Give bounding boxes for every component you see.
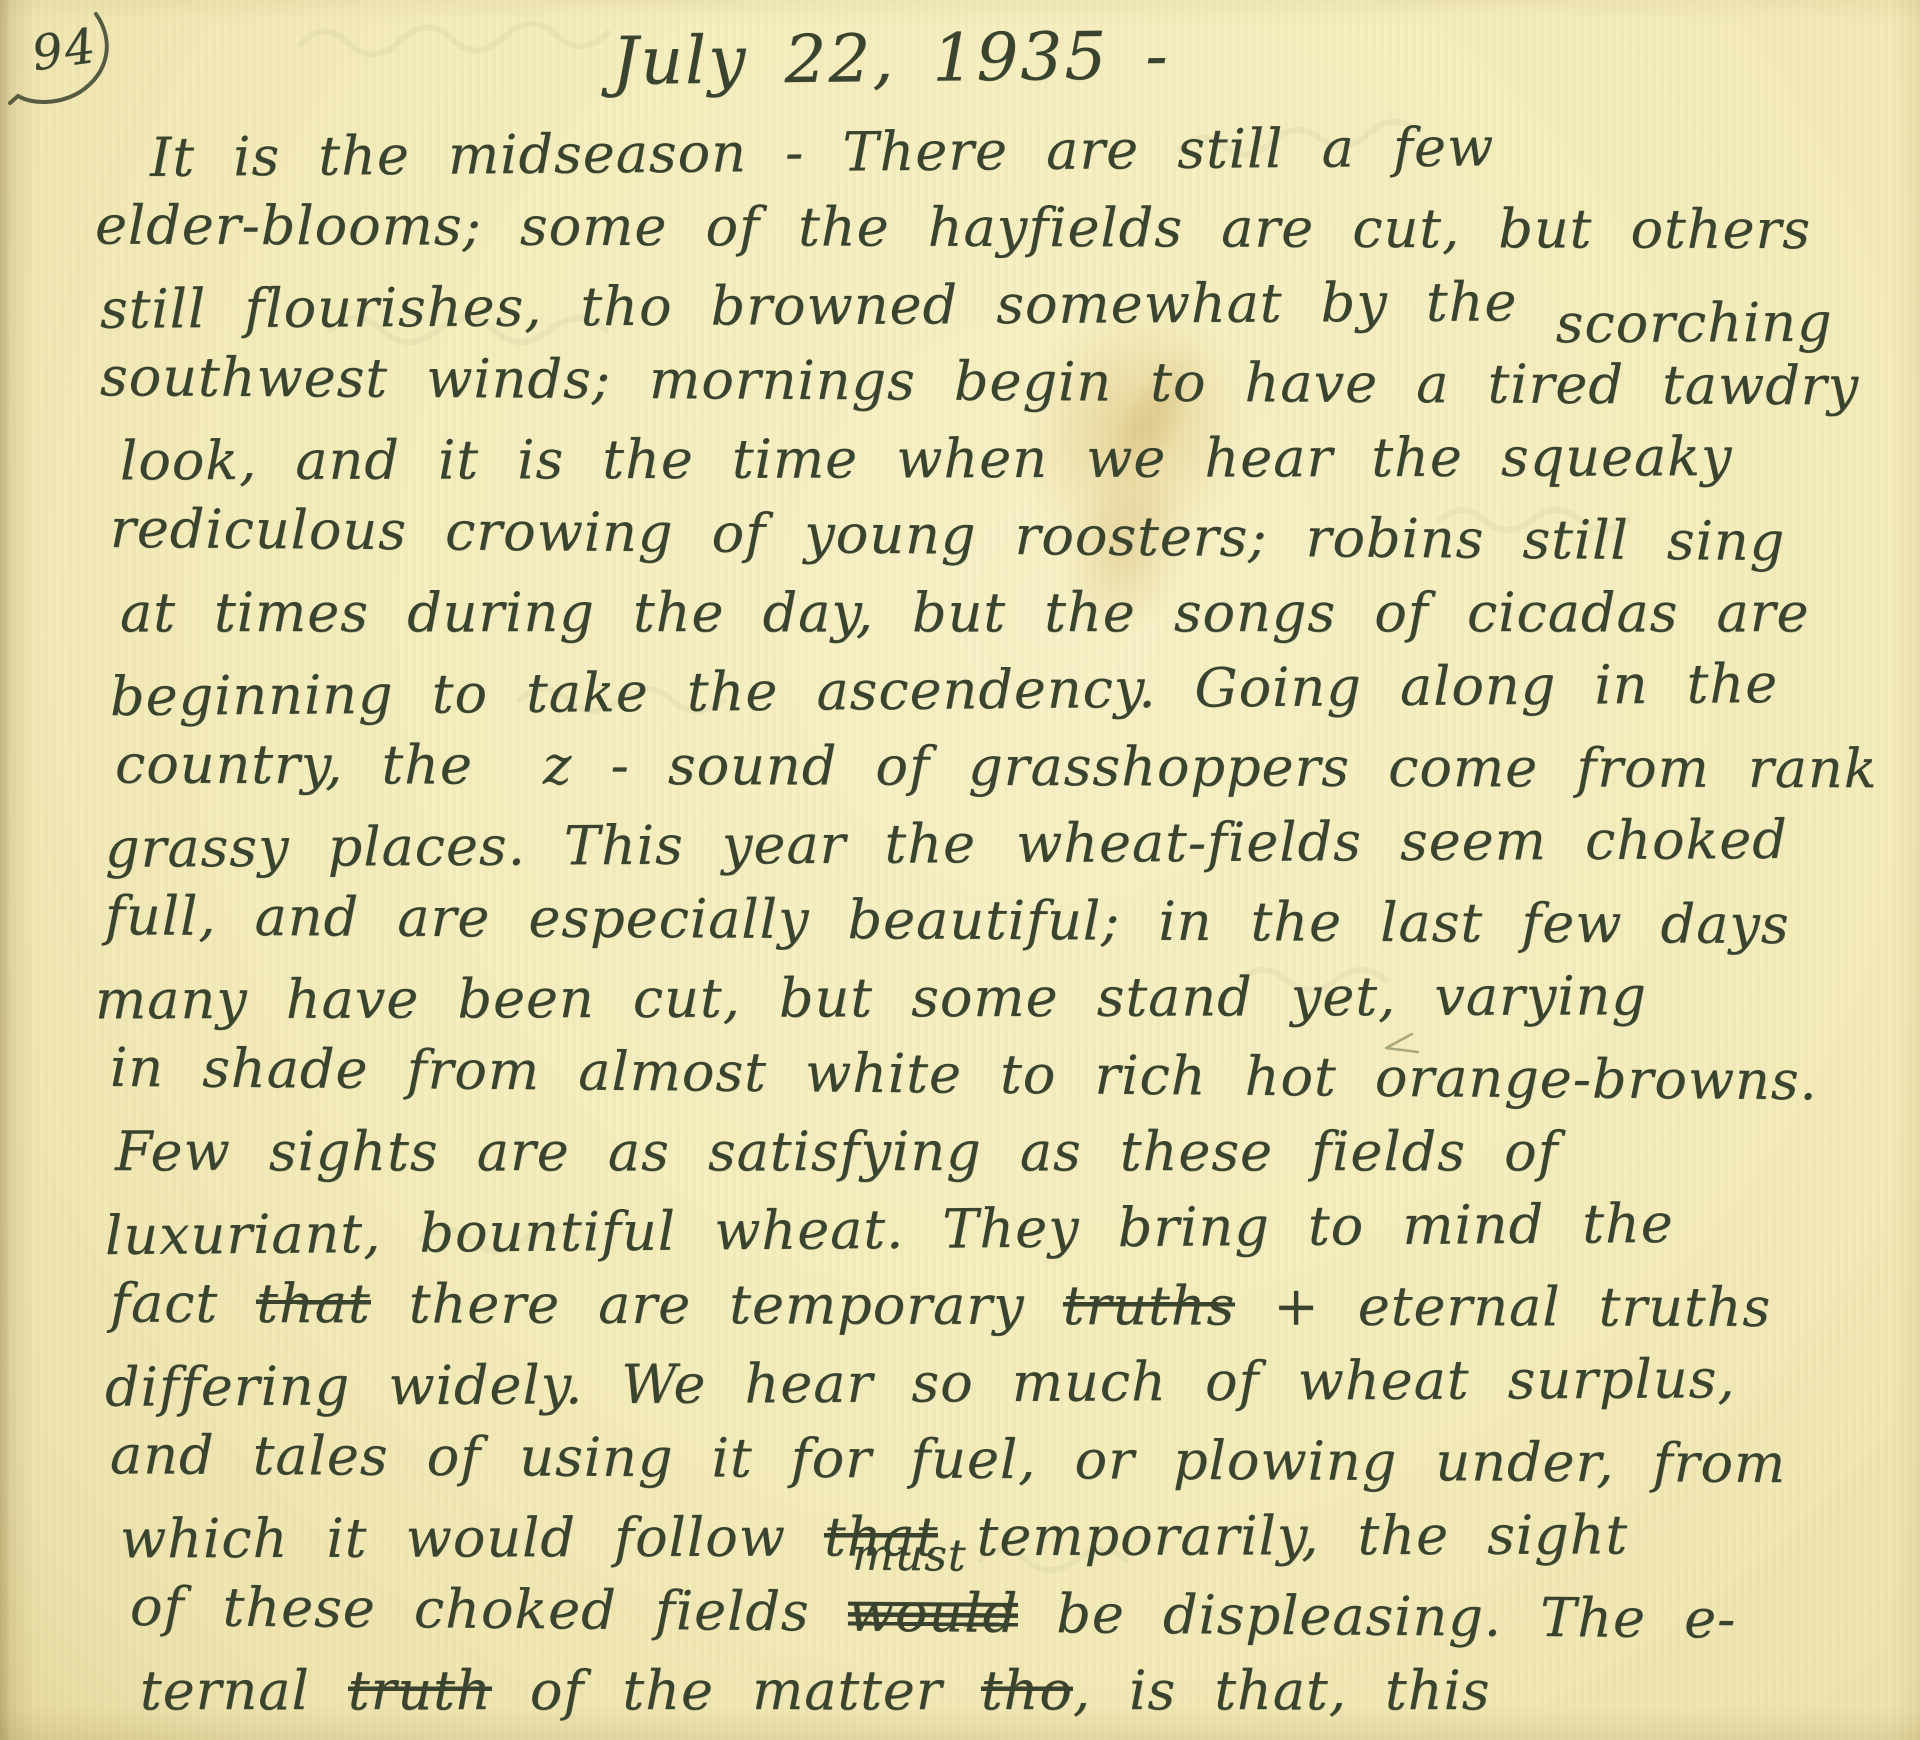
- page-number: 94: [8, 6, 128, 116]
- word-segment: wheat-fields seem choked: [1016, 808, 1788, 875]
- manuscript-line: look, and it is the time when we hear th…: [120, 418, 1920, 500]
- inserted-word: must: [852, 1534, 967, 1579]
- date-heading: July 22, 1935 -: [612, 17, 1170, 100]
- manuscript-line: still flourishes, tho browned somewhat b…: [100, 261, 1920, 348]
- manuscript-line: Few sights are as satisfying as these fi…: [115, 1113, 1920, 1190]
- word-segment: differing widely. We hear so much of whe…: [105, 1347, 1736, 1419]
- word-segment: temporarily, the sight: [938, 1503, 1628, 1568]
- manuscript-line: elder-blooms; some of the hayfields are …: [95, 187, 1920, 269]
- manuscript-line: fact that there are temporary truths + e…: [110, 1265, 1920, 1347]
- word-segment: , is that, this: [1073, 1659, 1491, 1722]
- word-segment: at times during the day, but the songs o…: [120, 581, 1810, 644]
- word-segment: which it would follow: [120, 1506, 824, 1571]
- correction-group: mustwould: [848, 1574, 1019, 1652]
- word-segment: in shade from almost white to rich hot o…: [110, 1036, 1818, 1112]
- manuscript-line: country, thez - sound of grasshoppers co…: [115, 726, 1920, 808]
- word-segment: and tales of using it for fuel, or plowi…: [110, 1423, 1787, 1495]
- word-segment: rediculous crowing of young roosters; ro…: [110, 497, 1786, 573]
- manuscript-line: luxuriant, bountiful wheat. They bring t…: [105, 1183, 1920, 1274]
- word-segment: country, the: [115, 733, 473, 797]
- struck-word: that: [256, 1272, 371, 1335]
- manuscript-line: It is the midseason - There are still a …: [150, 105, 1920, 196]
- word-segment: It is the midseason - There are still a …: [150, 115, 1495, 189]
- word-segment: ternal: [140, 1659, 348, 1722]
- struck-word: tho: [981, 1659, 1073, 1722]
- manuscript-line: of these choked fields mustwould be disp…: [130, 1568, 1920, 1659]
- manuscript-line: ternal truth of the matter tho, is that,…: [140, 1652, 1920, 1729]
- word-segment: full, and are especially beautiful; in t…: [105, 884, 1790, 956]
- scribbled-word: would: [848, 1581, 1019, 1645]
- manuscript-line: and tales of using it for fuel, or plowi…: [110, 1416, 1920, 1502]
- journal-page: 94 July 22, 1935 - It is the midseason -…: [0, 0, 1920, 1740]
- word-segment: z - sound of grasshoppers come from rank: [543, 734, 1878, 800]
- manuscript-body: It is the midseason - There are still a …: [0, 112, 1920, 1729]
- manuscript-line: many have been cut, but some stand yet, …: [95, 957, 1920, 1039]
- struck-word: truth: [348, 1659, 492, 1722]
- manuscript-line: at times during the day, but the songs o…: [120, 574, 1920, 651]
- manuscript-line: differing widely. We hear so much of whe…: [105, 1339, 1920, 1426]
- struck-word: truths: [1063, 1274, 1236, 1337]
- word-segment: fact: [110, 1272, 256, 1335]
- word-segment: of the matter: [492, 1659, 981, 1722]
- word-segment: there are temporary: [371, 1272, 1063, 1337]
- word-segment: Few sights are as satisfying as these fi…: [115, 1120, 1559, 1183]
- word-segment: southwest winds; mornings begin to have …: [100, 345, 1859, 417]
- word-segment: + eternal truths: [1235, 1275, 1771, 1339]
- manuscript-line: which it would follow that temporarily, …: [120, 1496, 1920, 1578]
- page-number-value: 94: [28, 18, 100, 83]
- word-segment: look, and it is the time when we hear th…: [120, 425, 1733, 492]
- word-segment: of these choked fields: [130, 1575, 848, 1644]
- manuscript-line: southwest winds; mornings begin to have …: [100, 338, 1920, 425]
- manuscript-line: grassy places. This year thewheat-fields…: [105, 800, 1920, 887]
- word-segment: elder-blooms; some of the hayfields are …: [95, 194, 1811, 261]
- word-segment: luxuriant, bountiful wheat. They bring t…: [105, 1192, 1674, 1267]
- word-segment: many have been cut, but some stand yet, …: [95, 964, 1647, 1031]
- manuscript-line: in shade from almost white to rich hot o…: [110, 1029, 1920, 1120]
- manuscript-line: full, and are especially beautiful; in t…: [105, 877, 1920, 964]
- word-segment: still flourishes, tho browned somewhat b…: [100, 270, 1556, 341]
- manuscript-line: rediculous crowing of young roosters; ro…: [110, 490, 1920, 581]
- word-segment: beginning to take the ascendency. Going …: [110, 652, 1779, 728]
- word-segment: be displeasing. The e-: [1018, 1582, 1737, 1651]
- manuscript-line: beginning to take the ascendency. Going …: [110, 644, 1920, 735]
- word-segment: grassy places. This year the: [105, 812, 976, 880]
